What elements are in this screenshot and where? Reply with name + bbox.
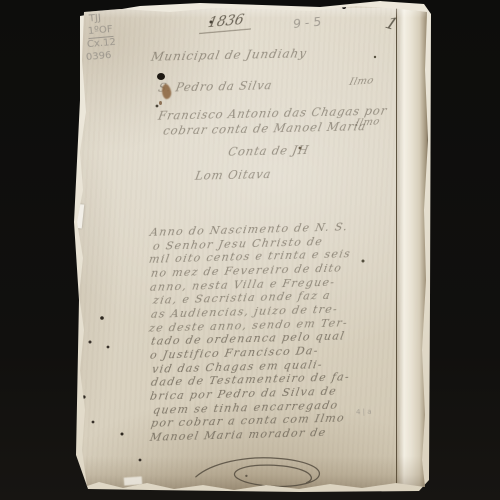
page-fold-edge [396, 6, 429, 490]
paper-specks [0, 0, 2, 2]
ink-blot-stain [157, 73, 165, 80]
pencil-note: 0396 [86, 50, 112, 64]
pencil-top-note: 9 - 5 [293, 14, 322, 32]
wax-stain-tail [159, 101, 162, 105]
heading-livro-line: Lom Oitava [194, 167, 273, 183]
heading-title-line: Municipal de Jundiahy [150, 46, 308, 64]
pencil-note: Cx.12 [87, 37, 117, 51]
amount-mark: Ilmo [354, 116, 381, 129]
manuscript-scan: TJJ 1ºOF Cx.12 0396 1836 9 - 5 1 Municip… [0, 0, 500, 500]
year-heading: 1836 [199, 11, 254, 34]
heading-name-line: S. Pedro da Silva [157, 78, 274, 95]
amount-mark: Ilmo [348, 75, 375, 88]
heading-conta-line: Conta de JH [227, 143, 310, 159]
margin-pencil-note: 4 | a [356, 408, 372, 417]
repair-tape-small [124, 476, 143, 485]
pencil-note: TJJ [88, 12, 101, 25]
